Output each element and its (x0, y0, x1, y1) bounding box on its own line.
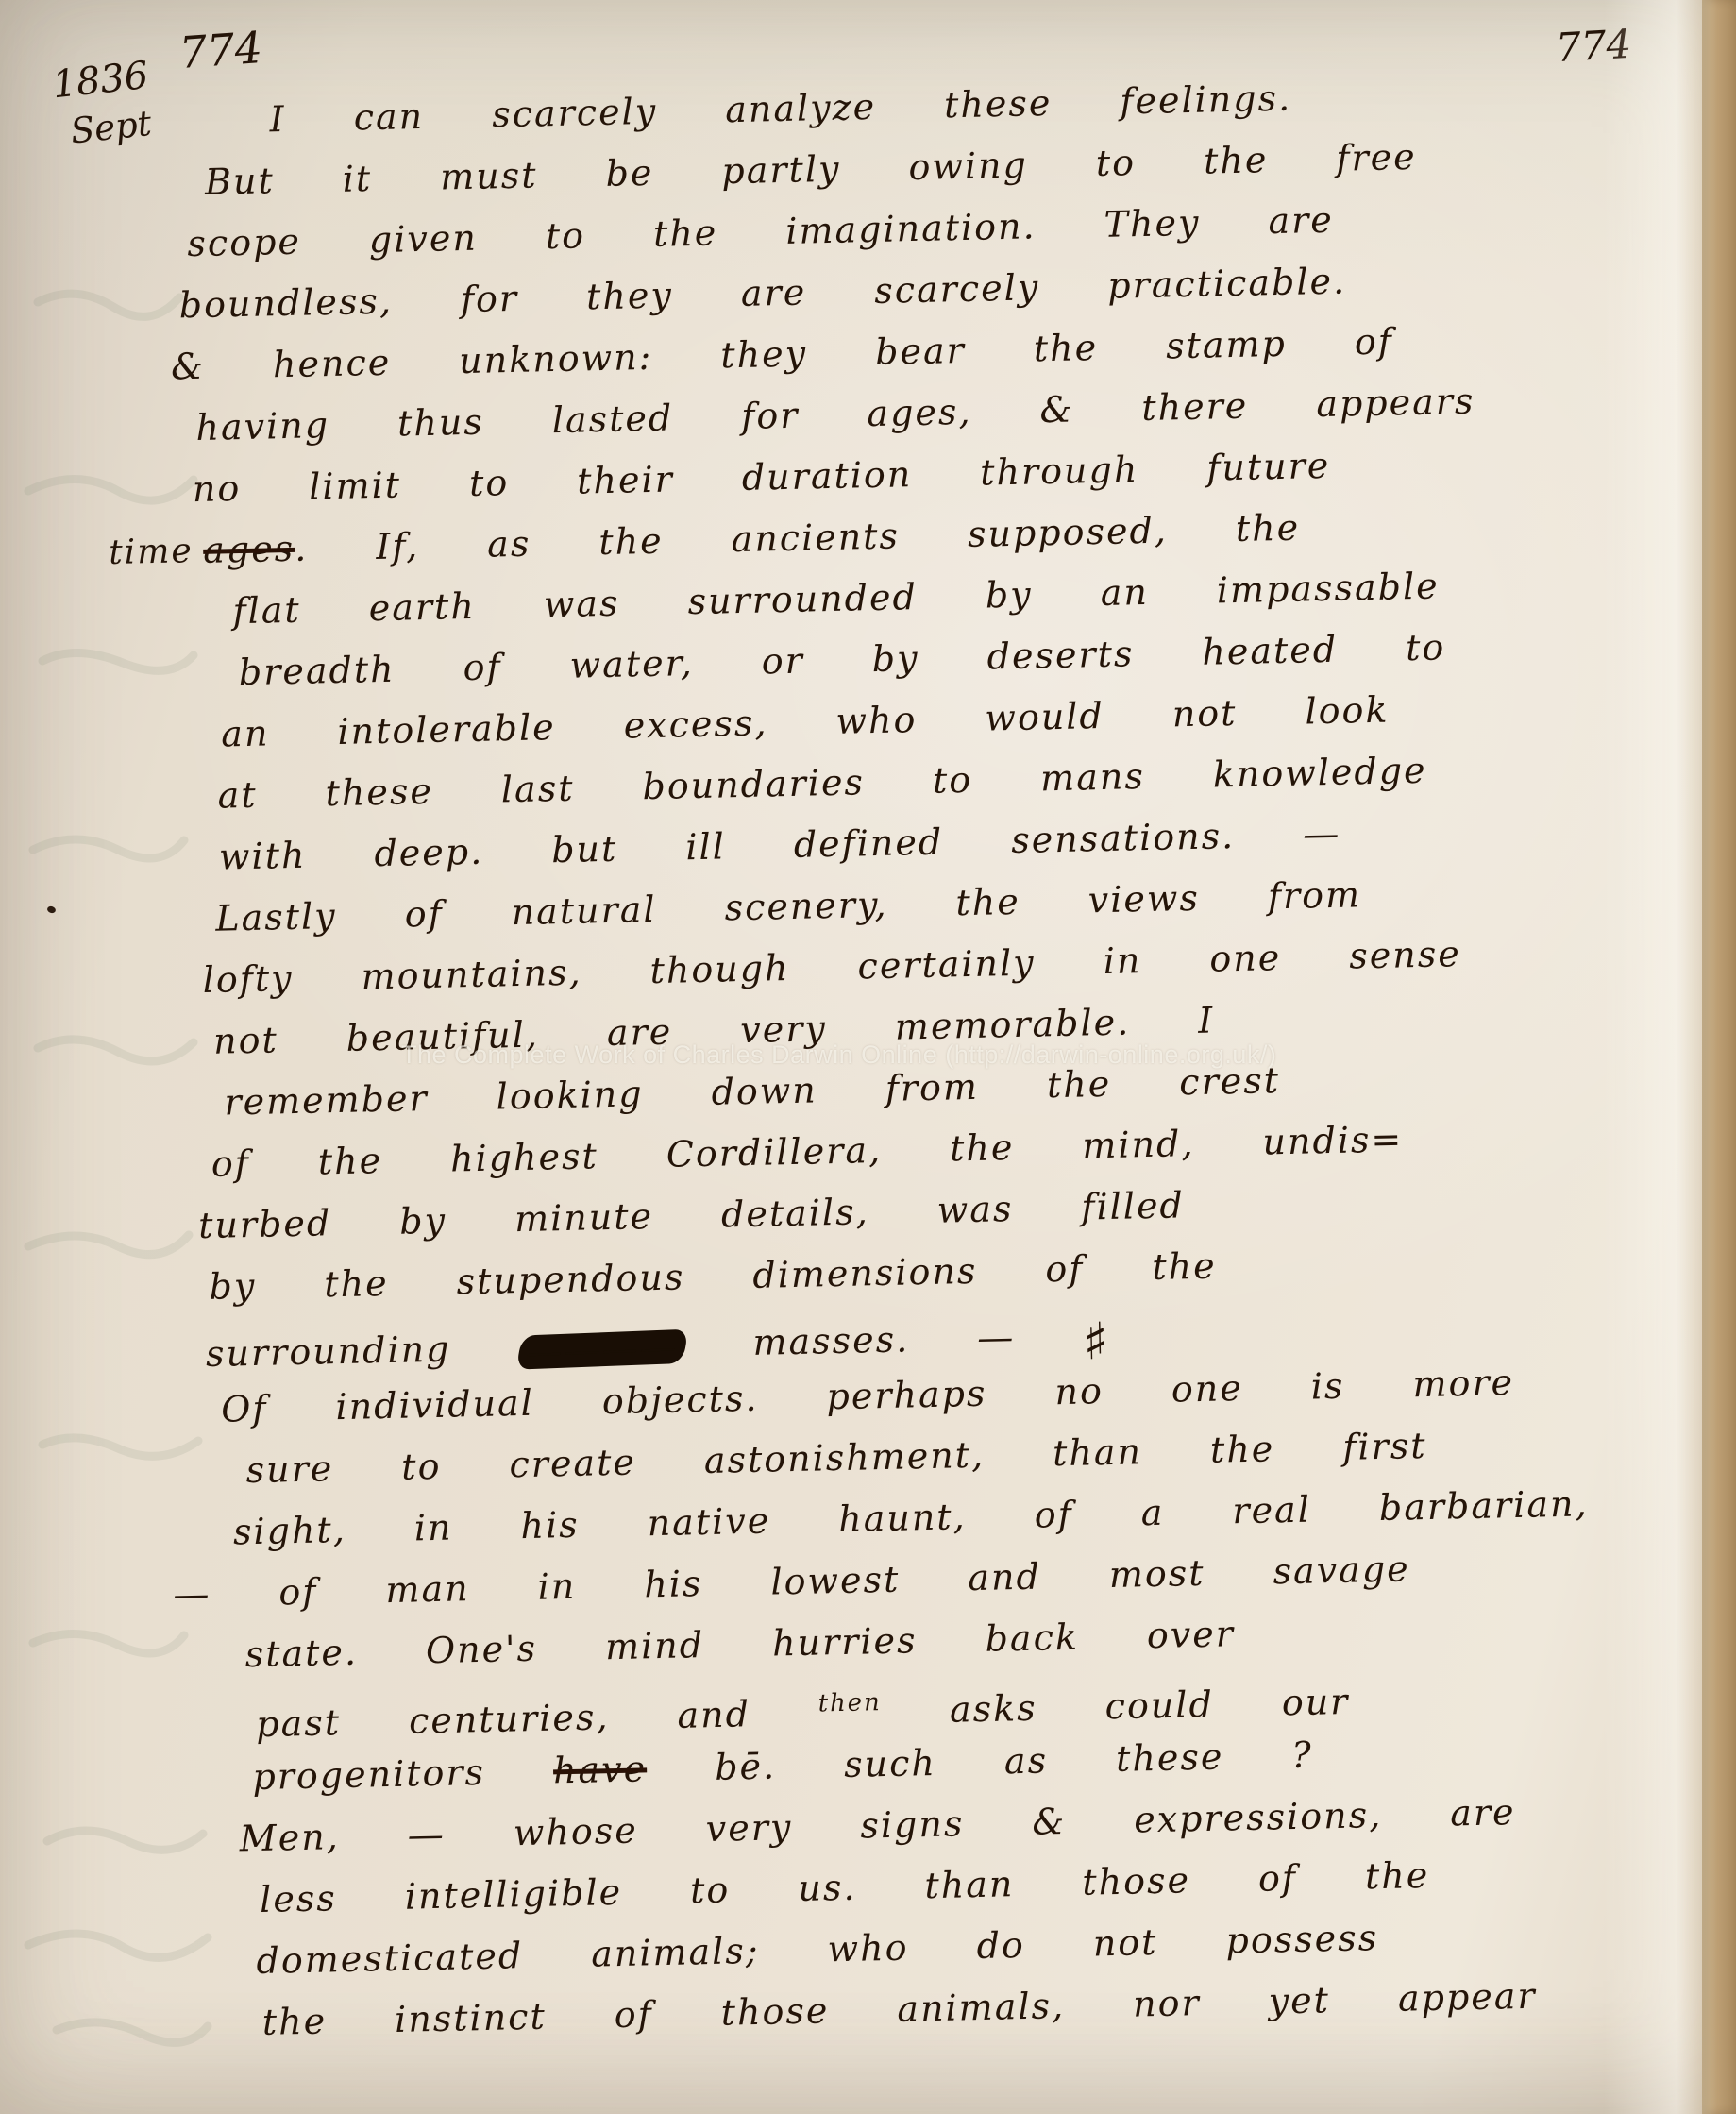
handwritten-text: remember looking down from the crest (224, 1059, 1280, 1123)
scribbled-out-word: ———— (515, 1328, 688, 1369)
handwritten-text: asks could our (881, 1681, 1349, 1732)
handwritten-text: . If, as the ancients supposed, the (295, 507, 1301, 569)
manuscript-text-block: I can scarcely analyze these feelings.Bu… (194, 59, 1736, 2054)
ink-fleck (46, 905, 57, 915)
handwritten-text: not beautiful, are very memorable. I (213, 1000, 1215, 1062)
margin-year: 1836 (50, 54, 150, 107)
handwritten-text: state. One's mind hurries back over (244, 1613, 1235, 1675)
handwritten-text: bē. such as these ? (647, 1734, 1314, 1790)
struck-word: ages (203, 528, 295, 571)
page-number-left: 774 (177, 22, 263, 78)
handwritten-text: surrounding (206, 1327, 519, 1375)
handwritten-text: I can scarcely analyze these feelings. (269, 77, 1291, 141)
margin-date: 1836 Sept (50, 54, 155, 153)
margin-month: Sept (69, 103, 156, 152)
manuscript-page: 774 774 1836 Sept I can scarcely analyze… (0, 0, 1736, 2114)
handwritten-text: turbed by minute details, was filled (198, 1184, 1185, 1246)
margin-note: time (109, 520, 194, 583)
struck-word: have (553, 1748, 648, 1791)
inserted-word: then (817, 1688, 882, 1717)
book-binding-edge (1702, 0, 1736, 2114)
handwritten-text: masses. — (684, 1315, 1084, 1365)
handwritten-text: progenitors (252, 1750, 554, 1798)
handwritten-text: by the stupendous dimensions of the (209, 1245, 1217, 1308)
